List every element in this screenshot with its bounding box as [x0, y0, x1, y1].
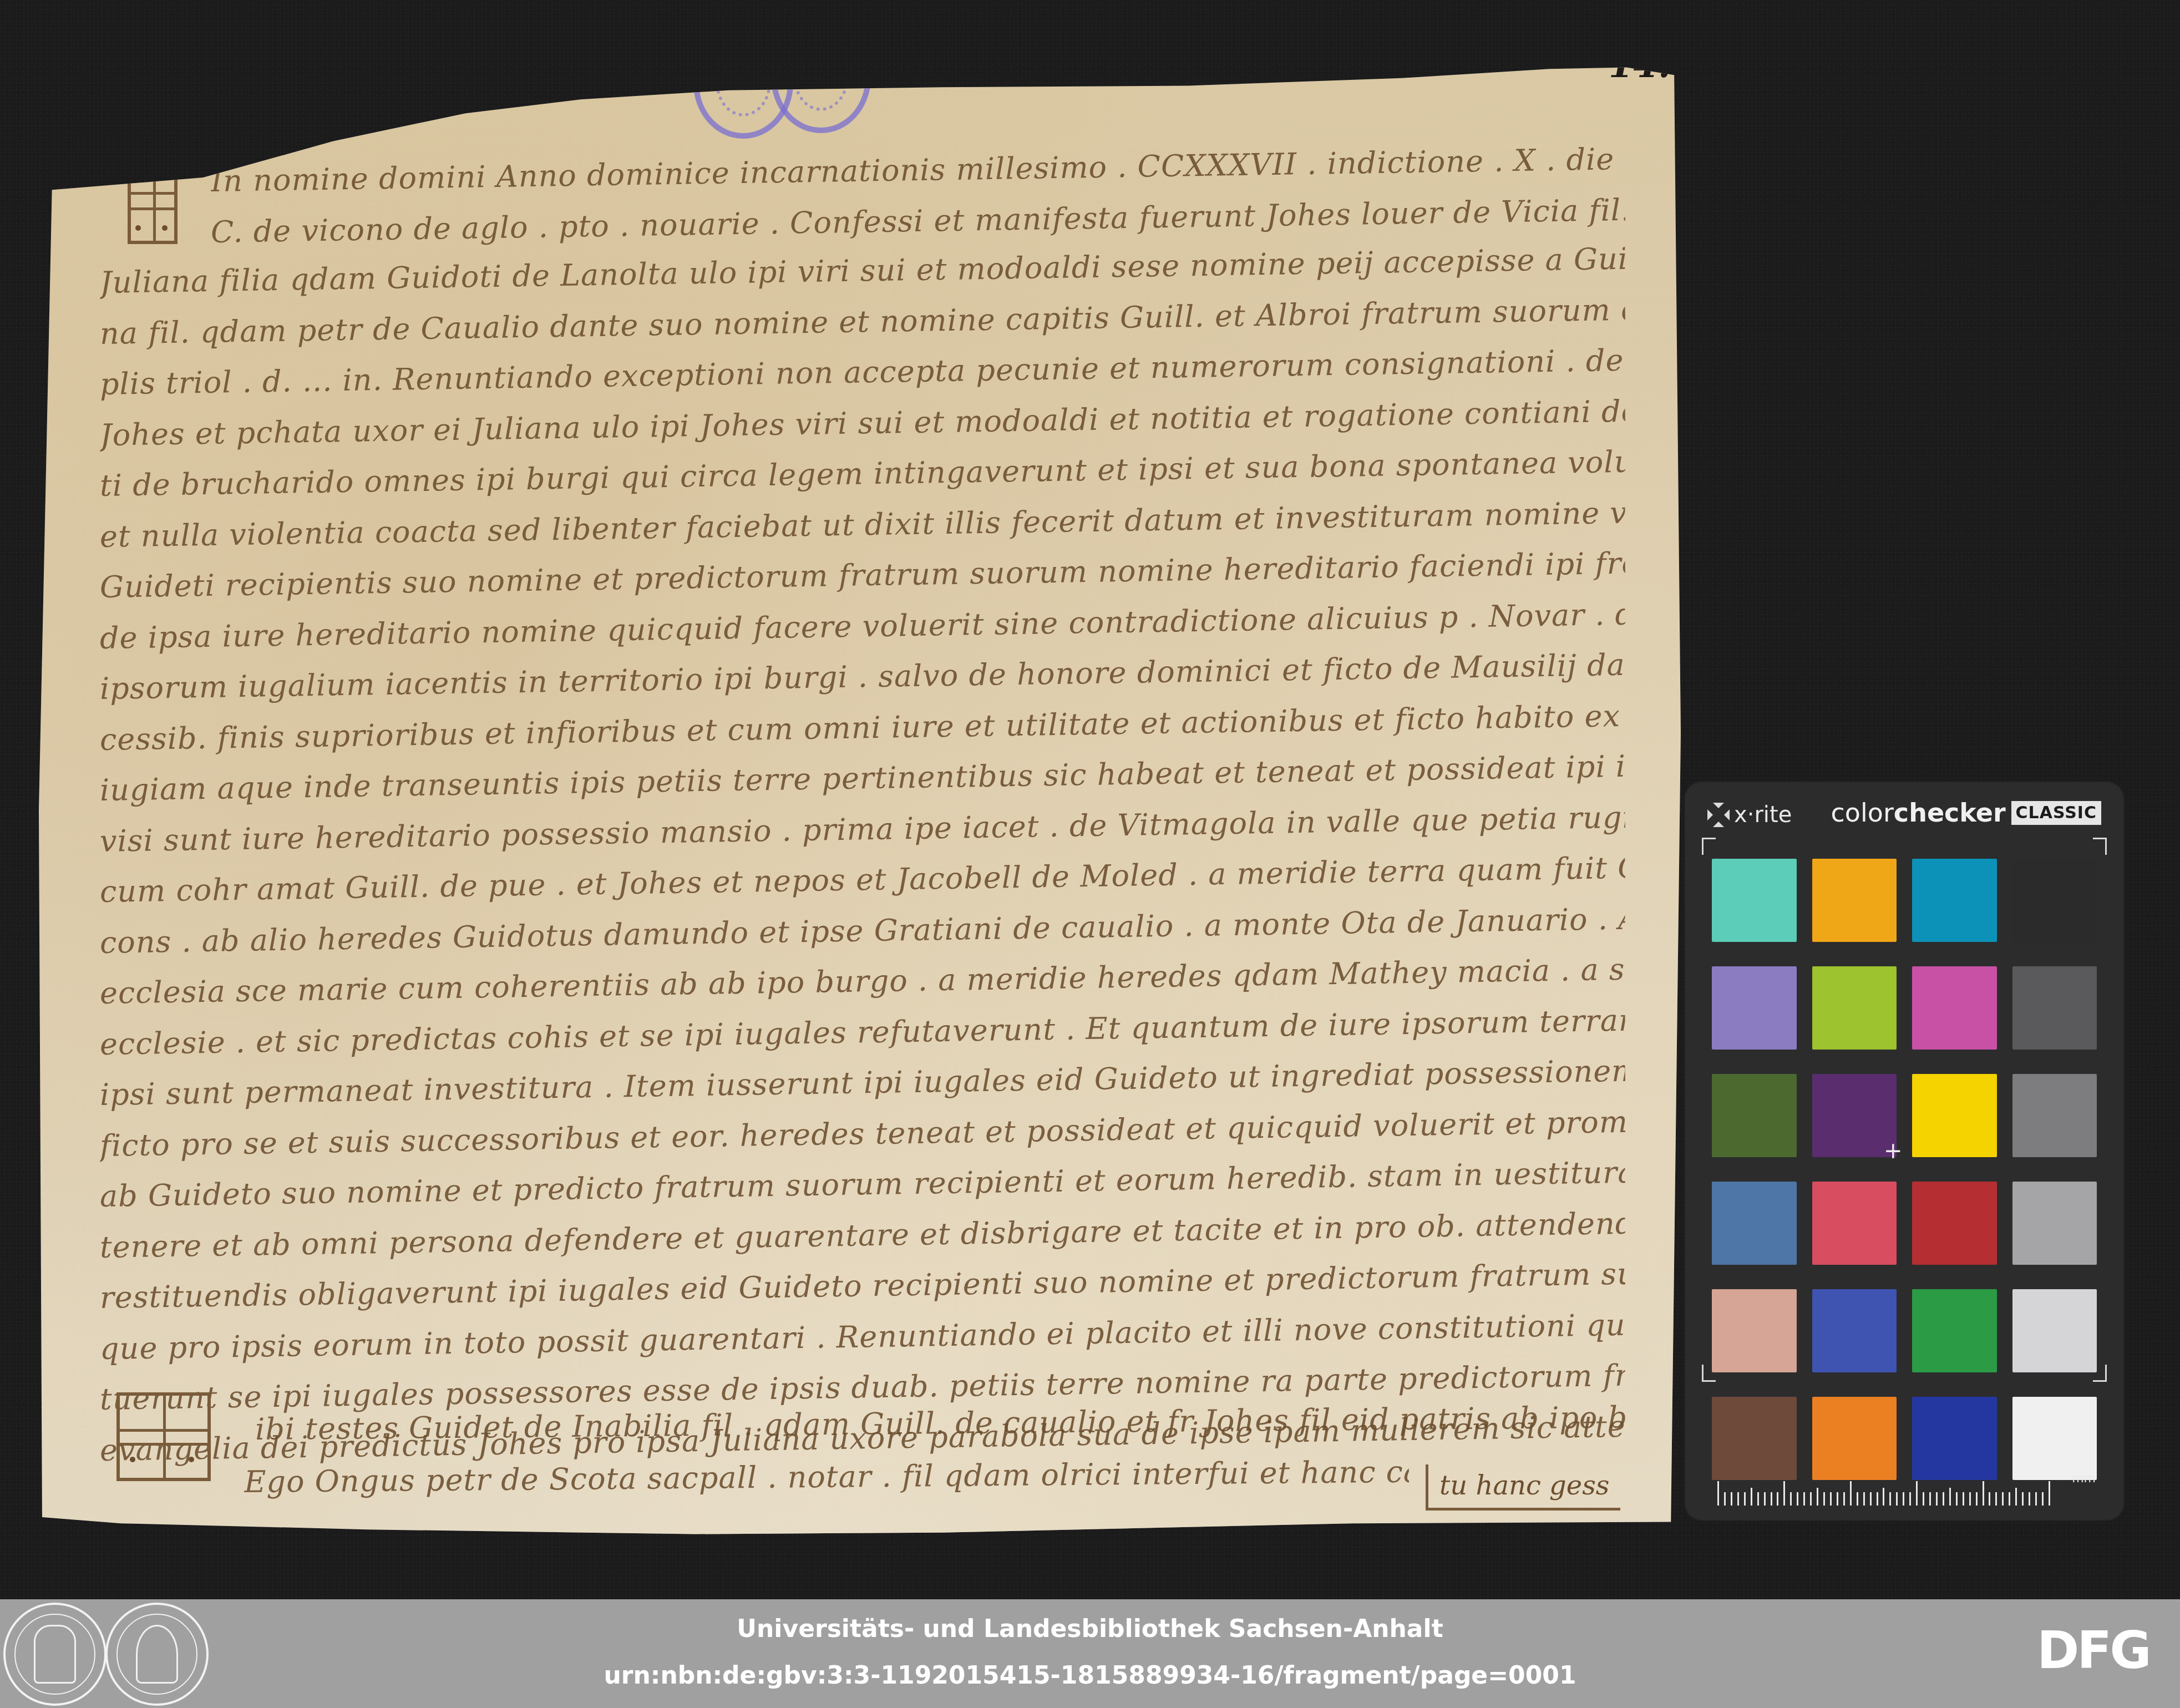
- color-patch-r4-c1: [1712, 1182, 1797, 1265]
- notary-sign-top-icon: [128, 161, 178, 244]
- xrite-logo: x·rite: [1708, 802, 1792, 828]
- ruler-tick: [1790, 1492, 1792, 1506]
- ruler-tick: [1717, 1481, 1719, 1506]
- manuscript-line: cessib. finis suprioribus et infioribus …: [100, 698, 1626, 757]
- library-footer: Universitäts- und Landesbibliothek Sachs…: [0, 1599, 2180, 1708]
- archival-date-note: 1237.: [61, 111, 182, 157]
- color-patch-r2-c2: [1812, 966, 1897, 1050]
- color-patch-r5-c4: [2012, 1289, 2097, 1372]
- institution-name: Universitäts- und Landesbibliothek Sachs…: [0, 1615, 2180, 1643]
- manuscript-line: In nomine domini Anno dominice incarnati…: [211, 141, 1626, 199]
- color-patch-r4-c2: [1812, 1182, 1897, 1265]
- color-patch-r6-c4: [2012, 1397, 2097, 1480]
- ruler-tick: [2002, 1492, 2004, 1506]
- manuscript-line: tenere et ab omni persona defendere et g…: [100, 1205, 1626, 1264]
- manuscript-line: visi sunt iure hereditario possessio man…: [100, 799, 1626, 858]
- ruler-tick: [1969, 1492, 1971, 1506]
- ruler-tick: [2022, 1492, 2024, 1506]
- ruler-tick: [1956, 1492, 1958, 1506]
- color-patch-r1-c2: [1812, 859, 1897, 942]
- manuscript-line: ecclesie . et sic predictas cohis et se …: [100, 1002, 1626, 1061]
- ruler-tick: [1889, 1492, 1891, 1506]
- ruler-tick: [1877, 1492, 1878, 1506]
- manuscript-line: C. de vicono de aglo . pto . nouarie . C…: [211, 192, 1626, 249]
- color-patch-r3-c3: [1912, 1074, 1997, 1157]
- ruler-tick: [1817, 1488, 1818, 1506]
- color-patch-r5-c2: [1812, 1289, 1897, 1372]
- ruler-tick: [1837, 1492, 1838, 1506]
- dfg-logo: DFG: [2037, 1629, 2149, 1673]
- title-light: color: [1831, 798, 1894, 828]
- ruler-tick: [2015, 1488, 2017, 1506]
- ruler-unit-label: mm: [2072, 1472, 2096, 1486]
- manuscript-line: Johes et pchata uxor ei Juliana ulo ipi …: [100, 393, 1626, 452]
- manuscript-line: ficto pro se et suis successoribus et eo…: [100, 1104, 1626, 1163]
- color-patch-r5-c3: [1912, 1289, 1997, 1372]
- manuscript-line: de ipsa iure hereditario nomine quicquid…: [100, 596, 1626, 655]
- pencil-shelfmark: Urk. 17 (14): [921, 43, 1127, 84]
- manuscript-line: ipsi sunt permaneat investitura . Item i…: [100, 1053, 1626, 1112]
- library-stamp-right: [771, 22, 871, 133]
- notary-subscription-box: tu hanc gess: [1426, 1464, 1620, 1511]
- ruler-tick: [1870, 1492, 1872, 1506]
- ruler-tick: [1771, 1492, 1772, 1506]
- ruler-tick: [2029, 1492, 2030, 1506]
- color-patch-r6-c3: [1912, 1397, 1997, 1480]
- color-patch-r4-c4: [2012, 1182, 2097, 1265]
- ruler-tick: [2035, 1492, 2037, 1506]
- ruler-tick: [2042, 1492, 2044, 1506]
- ruler-tick: [1976, 1492, 1978, 1506]
- manuscript-line: ti de brucharido omnes ipi burgi qui cir…: [100, 444, 1626, 503]
- color-patch-r4-c3: [1912, 1182, 1997, 1265]
- registration-mark-icon: [1702, 838, 1716, 855]
- color-patch-r6-c1: [1712, 1397, 1797, 1480]
- ruler-tick: [1777, 1492, 1778, 1506]
- title-bold: checker: [1894, 798, 2006, 828]
- ruler-tick: [1923, 1492, 1924, 1506]
- pencil-note: ...: [144, 116, 165, 142]
- registration-mark-icon: [2093, 838, 2107, 855]
- ruler-tick: [1857, 1492, 1858, 1506]
- manuscript-parchment: 1237. 14. Urk. 17 (14) ... In nomine dom…: [39, 44, 1681, 1575]
- xrite-logo-icon: [1708, 804, 1728, 826]
- folio-number: 14.: [1609, 44, 1670, 86]
- ruler-tick: [1737, 1492, 1739, 1506]
- ruler-tick: [1724, 1492, 1726, 1506]
- ruler-tick: [1803, 1492, 1805, 1506]
- manuscript-line: Juliana filia qdam Guidoti de Lanolta ul…: [100, 241, 1626, 300]
- ruler-tick: [1936, 1492, 1938, 1506]
- ruler-tick: [2009, 1492, 2010, 1506]
- manuscript-line: cons . ab alio heredes Guidotus damundo …: [100, 901, 1626, 960]
- color-patch-r6-c2: [1812, 1397, 1897, 1480]
- manuscript-line: Guideti recipientis suo nomine et predic…: [100, 546, 1626, 605]
- color-patch-grid: [1712, 859, 2097, 1480]
- color-patch-r1-c4: [2012, 859, 2097, 942]
- color-patch-r5-c1: [1712, 1289, 1797, 1372]
- notary-sign-bottom-icon: [116, 1392, 211, 1481]
- ruler-tick: [1989, 1492, 1990, 1506]
- color-patch-r3-c1: [1712, 1074, 1797, 1157]
- manuscript-line: cum cohr amat Guill. de pue . et Johes e…: [100, 850, 1626, 909]
- urn-identifier: urn:nbn:de:gbv:3:3-1192015415-1815889934…: [0, 1661, 2180, 1690]
- colorchecker-title: color checker CLASSIC: [1831, 798, 2101, 828]
- ruler-tick: [1896, 1492, 1898, 1506]
- ruler-tick: [1744, 1492, 1746, 1506]
- ruler-tick: [1943, 1492, 1944, 1506]
- manuscript-line: ipsorum iugalium iacentis in territorio …: [100, 647, 1626, 706]
- colorchecker-card: x·rite color checker CLASSIC + mm: [1685, 782, 2123, 1520]
- manuscript-line: plis triol . d. ... in. Renuntiando exce…: [100, 343, 1626, 402]
- library-stamp-left: [693, 28, 793, 139]
- ruler-tick: [2049, 1481, 2050, 1506]
- ruler-tick: [1783, 1481, 1785, 1506]
- manuscript-line: restituendis obligaverunt ipi iugales ei…: [100, 1256, 1626, 1315]
- ruler-tick: [1903, 1492, 1904, 1506]
- scan-background: 1237. 14. Urk. 17 (14) ... In nomine dom…: [0, 0, 2180, 1599]
- manuscript-line: iugiam aque inde transeuntis ipis petiis…: [100, 749, 1626, 808]
- color-patch-r3-c4: [2012, 1074, 2097, 1157]
- ruler-tick: [1929, 1492, 1931, 1506]
- crosshair-icon: +: [1884, 1138, 1903, 1164]
- ruler-tick: [1751, 1488, 1752, 1506]
- ruler-tick: [1764, 1492, 1766, 1506]
- ruler-tick: [1810, 1492, 1812, 1506]
- ruler-tick: [1830, 1492, 1832, 1506]
- ruler-tick: [1883, 1488, 1884, 1506]
- ruler-tick: [1757, 1492, 1759, 1506]
- ruler-tick: [1909, 1492, 1911, 1506]
- classic-badge: CLASSIC: [2011, 801, 2101, 825]
- ruler-tick: [1916, 1481, 1918, 1506]
- color-patch-r2-c1: [1712, 966, 1797, 1050]
- ruler-tick: [1797, 1492, 1798, 1506]
- color-patch-r2-c4: [2012, 966, 2097, 1050]
- color-patch-r1-c3: [1912, 859, 1997, 942]
- ruler-tick: [1863, 1492, 1865, 1506]
- manuscript-line: que pro ipsis eorum in toto possit guare…: [100, 1307, 1626, 1366]
- color-patch-r1-c1: [1712, 859, 1797, 942]
- color-patch-r2-c3: [1912, 966, 1997, 1050]
- manuscript-line: ecclesia sce marie cum coherentiis ab ab…: [100, 952, 1626, 1011]
- ruler-tick: [1823, 1492, 1825, 1506]
- ruler-tick: [1850, 1481, 1852, 1506]
- manuscript-line: na fil. qdam petr de Caualio dante suo n…: [100, 292, 1626, 351]
- xrite-brand-text: x·rite: [1734, 802, 1792, 828]
- manuscript-line: et nulla violentia coacta sed libenter f…: [100, 495, 1626, 554]
- manuscript-line: ab Guideto suo nomine et predicto fratru…: [100, 1155, 1626, 1214]
- ruler-tick: [1731, 1492, 1732, 1506]
- ruler-tick: [1949, 1488, 1951, 1506]
- ruler-tick: [1983, 1481, 1984, 1506]
- mm-ruler: [1717, 1480, 2050, 1506]
- ruler-tick: [1995, 1492, 1997, 1506]
- ruler-tick: [1963, 1492, 1964, 1506]
- ruler-tick: [1843, 1492, 1845, 1506]
